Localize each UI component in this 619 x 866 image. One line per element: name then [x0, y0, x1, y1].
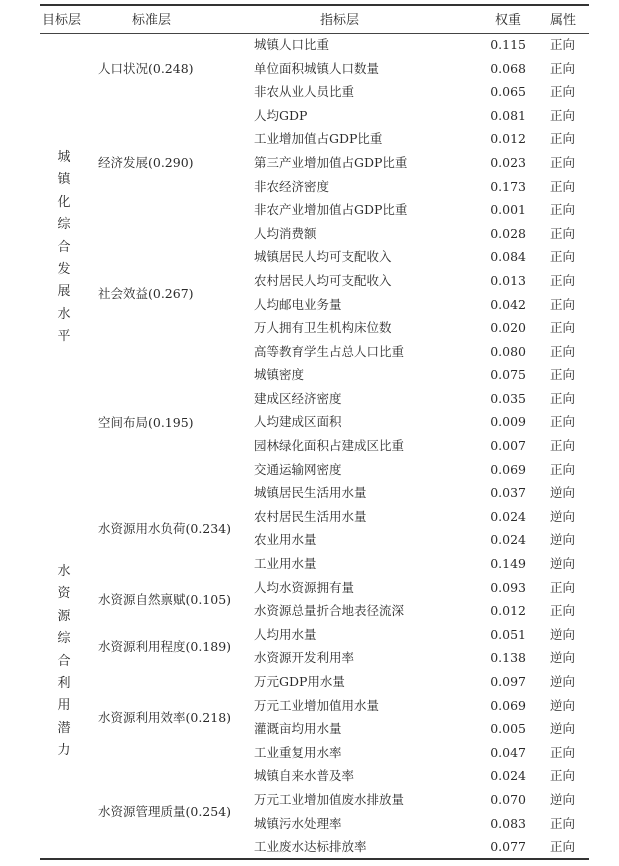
indicator-name: 城镇人口比重	[254, 35, 329, 55]
indicator-name: 万元GDP用水量	[254, 672, 345, 692]
goal-char: 源	[56, 606, 72, 628]
header-criteria-layer: 标准层	[132, 11, 171, 31]
indicator-attribute: 正向	[550, 743, 575, 763]
indicator-weight: 0.068	[478, 59, 526, 79]
indicator-weight: 0.070	[478, 790, 526, 810]
goal-urbanization-level: 城镇化综合发展水平	[56, 147, 72, 349]
goal-char: 镇	[56, 169, 72, 191]
criteria-population: 人口状况(0.248)	[98, 59, 194, 79]
indicator-weight: 0.138	[478, 648, 526, 668]
criteria-economy: 经济发展(0.290)	[98, 153, 194, 173]
indicator-name: 工业增加值占GDP比重	[254, 129, 382, 149]
indicator-name: 水资源总量折合地表径流深	[254, 601, 404, 621]
indicator-weight: 0.083	[478, 814, 526, 834]
indicator-weight: 0.001	[478, 200, 526, 220]
indicator-attribute: 正向	[550, 766, 575, 786]
header-attribute: 属性	[550, 11, 576, 31]
indicator-name: 人均用水量	[254, 625, 317, 645]
indicator-attribute: 正向	[550, 177, 575, 197]
header-rule	[40, 33, 589, 34]
indicator-name: 人均建成区面积	[254, 412, 342, 432]
indicator-attribute: 正向	[550, 837, 575, 857]
goal-char: 水	[56, 561, 72, 583]
indicator-name: 人均GDP	[254, 106, 307, 126]
indicator-name: 万人拥有卫生机构床位数	[254, 318, 392, 338]
indicator-attribute: 正向	[550, 389, 575, 409]
indicator-attribute: 正向	[550, 224, 575, 244]
criteria-water-utilization-efficiency: 水资源利用效率(0.218)	[98, 708, 231, 728]
criteria-water-management-quality: 水资源管理质量(0.254)	[98, 802, 231, 822]
indicator-attribute: 正向	[550, 342, 575, 362]
indicator-attribute: 正向	[550, 460, 575, 480]
indicator-attribute: 正向	[550, 35, 575, 55]
indicator-attribute: 正向	[550, 153, 575, 173]
indicator-weight: 0.007	[478, 436, 526, 456]
indicator-name: 灌溉亩均用水量	[254, 719, 342, 739]
indicator-weight: 0.115	[478, 35, 526, 55]
indicator-weight: 0.077	[478, 837, 526, 857]
indicator-name: 非农经济密度	[254, 177, 329, 197]
indicator-attribute: 正向	[550, 365, 575, 385]
bottom-rule	[40, 858, 589, 860]
criteria-water-endowment: 水资源自然禀赋(0.105)	[98, 590, 231, 610]
goal-char: 综	[56, 214, 72, 236]
indicator-attribute: 正向	[550, 295, 575, 315]
indicator-name: 交通运输网密度	[254, 460, 342, 480]
indicator-weight: 0.037	[478, 483, 526, 503]
indicator-attribute: 正向	[550, 318, 575, 338]
indicator-name: 城镇自来水普及率	[254, 766, 354, 786]
indicator-weight: 0.069	[478, 460, 526, 480]
header-goal-layer: 目标层	[42, 11, 81, 31]
goal-char: 合	[56, 237, 72, 259]
goal-char: 合	[56, 651, 72, 673]
indicator-weight: 0.097	[478, 672, 526, 692]
indicator-weight: 0.020	[478, 318, 526, 338]
indicator-name: 万元工业增加值用水量	[254, 696, 379, 716]
indicator-attribute: 正向	[550, 129, 575, 149]
goal-char: 潜	[56, 718, 72, 740]
indicator-weight: 0.080	[478, 342, 526, 362]
goal-char: 城	[56, 147, 72, 169]
indicator-attribute: 正向	[550, 247, 575, 267]
indicator-weight: 0.081	[478, 106, 526, 126]
goal-char: 发	[56, 259, 72, 281]
indicator-attribute: 正向	[550, 412, 575, 432]
criteria-water-utilization-degree: 水资源利用程度(0.189)	[98, 637, 231, 657]
indicator-name: 农村居民生活用水量	[254, 507, 367, 527]
indicator-name: 万元工业增加值废水排放量	[254, 790, 404, 810]
goal-char: 利	[56, 673, 72, 695]
indicator-weight: 0.069	[478, 696, 526, 716]
criteria-social-benefit: 社会效益(0.267)	[98, 284, 194, 304]
criteria-spatial-layout: 空间布局(0.195)	[98, 413, 194, 433]
indicator-attribute: 正向	[550, 271, 575, 291]
indicator-weight: 0.047	[478, 743, 526, 763]
indicator-weight: 0.075	[478, 365, 526, 385]
indicator-name: 人均水资源拥有量	[254, 578, 354, 598]
indicator-name: 建成区经济密度	[254, 389, 342, 409]
indicator-attribute: 正向	[550, 200, 575, 220]
indicator-attribute: 逆向	[550, 672, 575, 692]
indicator-weight: 0.093	[478, 578, 526, 598]
indicator-attribute: 正向	[550, 436, 575, 456]
goal-char: 资	[56, 583, 72, 605]
indicator-attribute: 正向	[550, 82, 575, 102]
header-weight: 权重	[495, 11, 521, 31]
indicator-attribute: 逆向	[550, 483, 575, 503]
indicator-weight: 0.024	[478, 766, 526, 786]
goal-char: 展	[56, 281, 72, 303]
goal-char: 综	[56, 628, 72, 650]
goal-char: 力	[56, 740, 72, 762]
indicator-weight: 0.173	[478, 177, 526, 197]
indicator-name: 城镇密度	[254, 365, 304, 385]
indicator-name: 高等教育学生占总人口比重	[254, 342, 404, 362]
indicator-name: 非农从业人员比重	[254, 82, 354, 102]
indicator-attribute: 正向	[550, 578, 575, 598]
goal-char: 化	[56, 192, 72, 214]
indicator-name: 农业用水量	[254, 530, 317, 550]
indicator-name: 人均邮电业务量	[254, 295, 342, 315]
indicator-weight: 0.009	[478, 412, 526, 432]
goal-water-resource-potential: 水资源综合利用潜力	[56, 561, 72, 763]
indicator-weight: 0.042	[478, 295, 526, 315]
indicator-weight: 0.012	[478, 601, 526, 621]
indicator-attribute: 逆向	[550, 554, 575, 574]
indicator-attribute: 逆向	[550, 719, 575, 739]
indicator-attribute: 逆向	[550, 507, 575, 527]
indicator-attribute: 正向	[550, 59, 575, 79]
indicator-weight: 0.028	[478, 224, 526, 244]
indicator-attribute: 逆向	[550, 625, 575, 645]
indicator-weight: 0.012	[478, 129, 526, 149]
indicator-attribute: 正向	[550, 601, 575, 621]
indicator-name: 单位面积城镇人口数量	[254, 59, 379, 79]
indicator-weight: 0.051	[478, 625, 526, 645]
indicator-weight: 0.024	[478, 507, 526, 527]
indicator-weight: 0.149	[478, 554, 526, 574]
goal-char: 水	[56, 304, 72, 326]
header-indicator-layer: 指标层	[320, 11, 359, 31]
indicator-name: 城镇污水处理率	[254, 814, 342, 834]
indicator-name: 人均消费额	[254, 224, 317, 244]
indicator-attribute: 逆向	[550, 790, 575, 810]
indicator-weight: 0.023	[478, 153, 526, 173]
indicator-name: 非农产业增加值占GDP比重	[254, 200, 407, 220]
indicator-weight: 0.024	[478, 530, 526, 550]
indicator-name: 园林绿化面积占建成区比重	[254, 436, 404, 456]
indicator-name: 第三产业增加值占GDP比重	[254, 153, 407, 173]
indicator-attribute: 逆向	[550, 530, 575, 550]
indicator-name: 农村居民人均可支配收入	[254, 271, 392, 291]
indicator-name: 工业废水达标排放率	[254, 837, 367, 857]
indicator-weight: 0.005	[478, 719, 526, 739]
indicator-name: 城镇居民生活用水量	[254, 483, 367, 503]
indicator-weight: 0.035	[478, 389, 526, 409]
goal-char: 用	[56, 695, 72, 717]
indicator-weight: 0.013	[478, 271, 526, 291]
criteria-water-load: 水资源用水负荷(0.234)	[98, 519, 231, 539]
top-rule	[40, 4, 589, 6]
indicator-attribute: 正向	[550, 814, 575, 834]
indicator-name: 水资源开发利用率	[254, 648, 354, 668]
goal-char: 平	[56, 326, 72, 348]
indicator-weight: 0.084	[478, 247, 526, 267]
indicator-attribute: 逆向	[550, 696, 575, 716]
indicator-name: 工业重复用水率	[254, 743, 342, 763]
indicator-name: 城镇居民人均可支配收入	[254, 247, 392, 267]
indicator-name: 工业用水量	[254, 554, 317, 574]
indicator-attribute: 正向	[550, 106, 575, 126]
indicator-attribute: 逆向	[550, 648, 575, 668]
indicator-weight: 0.065	[478, 82, 526, 102]
